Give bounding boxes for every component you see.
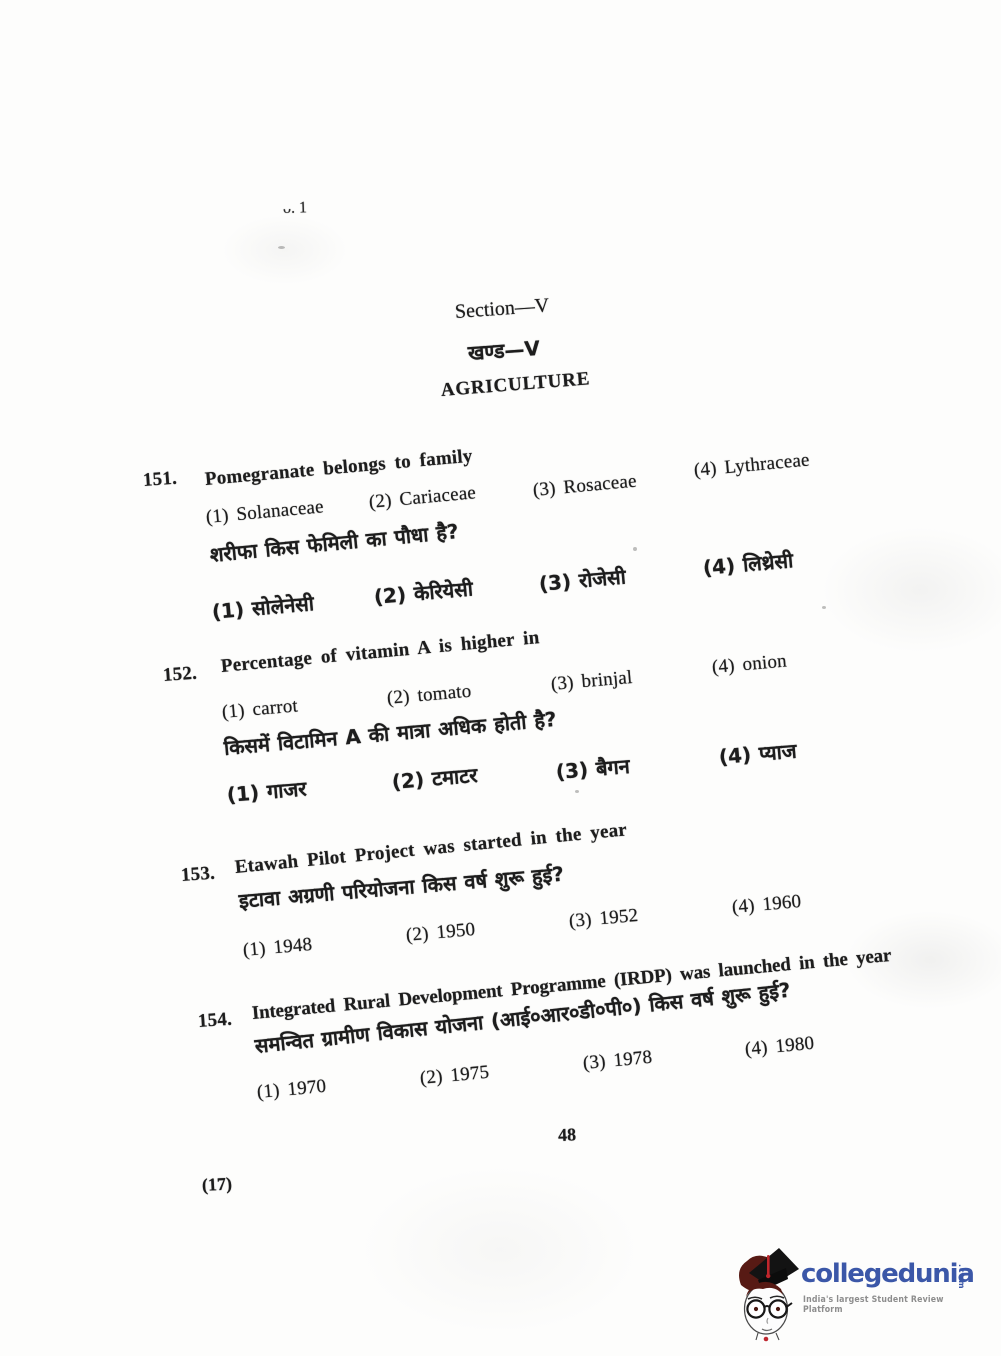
question-number: 153.: [180, 862, 216, 888]
option-en: (2) tomato: [386, 680, 472, 711]
option-en: (4) 1960: [731, 890, 802, 920]
option-en: (2) 1975: [419, 1061, 490, 1091]
collegedunia-wordmark: collegedunia: [801, 1259, 974, 1289]
option-en: (3) brinjal: [550, 666, 633, 697]
section-heading-hi: खण्ड—V: [467, 336, 541, 366]
collegedunia-com-suffix: .com: [957, 1264, 966, 1290]
scan-artifact-text: ᴗ. 1: [283, 198, 308, 219]
question-number: 151.: [142, 467, 178, 493]
option-hi: (2) केरियेसी: [373, 576, 474, 610]
question-number: 152.: [162, 662, 198, 688]
option-hi: (1) गाजर: [226, 776, 307, 808]
option-en: (1) Solanaceae: [205, 495, 325, 529]
option-en: (1) 1948: [242, 933, 313, 963]
question-text-hi: शरीफा किस फेमिली का पौधा है?: [209, 519, 460, 568]
option-en: (2) 1950: [405, 918, 476, 948]
subject-title: AGRICULTURE: [440, 367, 591, 402]
sheet-number: (17): [201, 1172, 232, 1196]
section-heading-en: Section—V: [454, 293, 550, 325]
scan-speck: [575, 790, 579, 793]
question-text-en: Etawah Pilot Project was started in the …: [234, 818, 628, 879]
question-text-en: Percentage of vitamin A is higher in: [220, 626, 541, 679]
option-en: (4) onion: [711, 650, 788, 680]
scan-speck: [278, 246, 285, 249]
scan-speck: [822, 606, 826, 609]
option-en: (4) 1980: [744, 1032, 815, 1062]
option-en: (3) Rosaceae: [532, 470, 638, 503]
question-number: 154.: [197, 1008, 233, 1034]
option-hi: (1) सोलेनेसी: [211, 591, 315, 625]
option-en: (1) carrot: [221, 694, 299, 724]
scan-speck: [633, 547, 637, 551]
option-en: (2) Cariaceae: [368, 481, 477, 514]
collegedunia-mascot-icon: [735, 1245, 801, 1343]
scanned-exam-page: ᴗ. 1 Section—V खण्ड—V AGRICULTURE 151. P…: [0, 0, 1001, 1356]
option-hi: (3) बैगन: [555, 754, 631, 785]
option-hi: (3) रोजेसी: [538, 564, 627, 596]
option-en: (3) 1978: [582, 1046, 653, 1076]
collegedunia-logo: collegedunia .com India's largest Studen…: [733, 1243, 1001, 1343]
option-en: (1) 1970: [256, 1075, 327, 1105]
option-en: (4) Lythraceae: [693, 449, 811, 483]
option-hi: (4) लिथ्रेसी: [702, 548, 794, 581]
collegedunia-tagline: India's largest Student Review Platform: [803, 1295, 985, 1315]
page-number: 48: [558, 1123, 577, 1146]
option-en: (3) 1952: [568, 904, 639, 934]
option-hi: (2) टमाटर: [391, 763, 478, 795]
option-hi: (4) प्याज: [718, 739, 798, 770]
